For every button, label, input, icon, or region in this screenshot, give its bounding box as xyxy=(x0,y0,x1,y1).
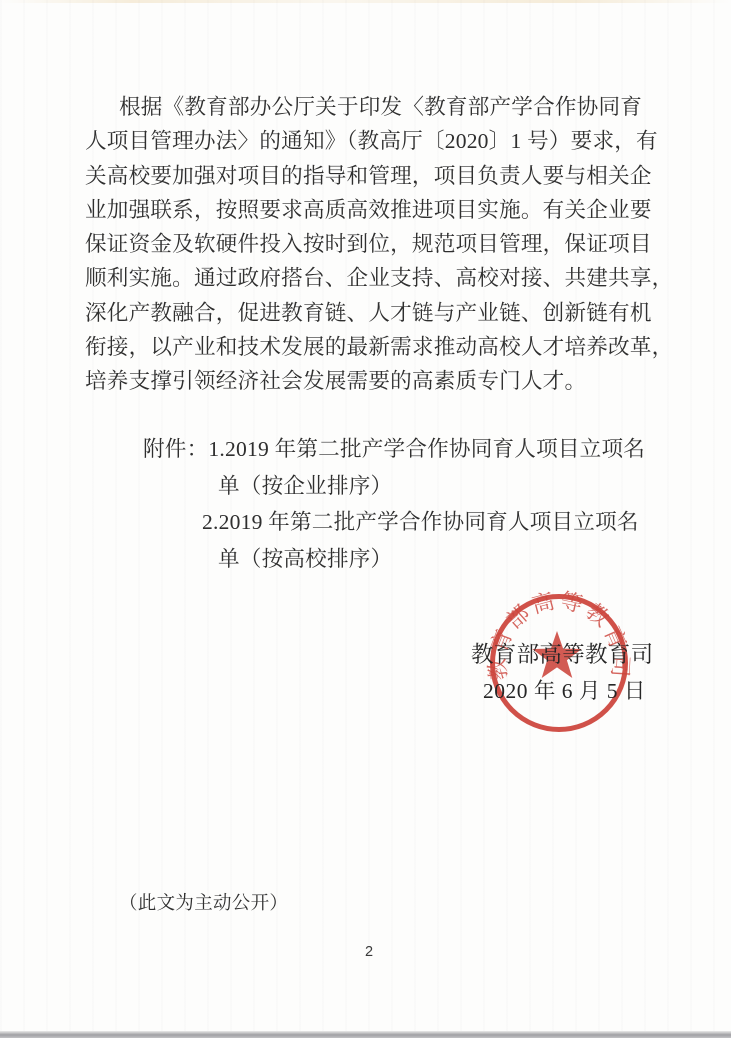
scan-bottom-edge-artifact xyxy=(0,1031,731,1038)
body-line: 衔接，以产业和技术发展的最新需求推动高校人才培养改革， xyxy=(85,330,663,364)
disclosure-note: （此文为主动公开） xyxy=(119,894,288,914)
body-line: 保证资金及软硬件投入按时到位，规范项目管理，保证项目 xyxy=(85,227,663,261)
page-number: 2 xyxy=(365,945,373,960)
attachment-line: 附件：1.2019 年第二批产学合作协同育人项目立项名 xyxy=(143,438,645,462)
attachment-line: 2.2019 年第二批产学合作协同育人项目立项名 xyxy=(202,511,639,535)
body-line: 关高校要加强对项目的指导和管理，项目负责人要与相关企 xyxy=(85,159,663,193)
scanned-document-page: 根据《教育部办公厅关于印发〈教育部产学合作协同育 人项目管理办法〉的通知》（教高… xyxy=(0,0,731,1038)
body-line: 根据《教育部办公厅关于印发〈教育部产学合作协同育 xyxy=(85,90,663,124)
scan-top-edge-artifact xyxy=(0,0,731,3)
attachment-line: 单（按企业排序） xyxy=(218,475,392,499)
signature-date: 2020 年 6 月 5 日 xyxy=(483,681,646,703)
body-line: 培养支撑引领经济社会发展需要的高素质专门人才。 xyxy=(85,364,663,398)
body-line: 深化产教融合，促进教育链、人才链与产业链、创新链有机 xyxy=(85,296,663,330)
body-line: 人项目管理办法〉的通知》（教高厅〔2020〕1 号）要求，有 xyxy=(85,124,663,158)
document-body: 根据《教育部办公厅关于印发〈教育部产学合作协同育 人项目管理办法〉的通知》（教高… xyxy=(85,90,663,399)
body-line: 顺利实施。通过政府搭台、企业支持、高校对接、共建共享， xyxy=(85,261,663,295)
body-line: 业加强联系，按照要求高质高效推进项目实施。有关企业要 xyxy=(85,193,663,227)
attachment-line: 单（按高校排序） xyxy=(218,548,392,572)
signature-department: 教育部高等教育司 xyxy=(471,644,653,667)
